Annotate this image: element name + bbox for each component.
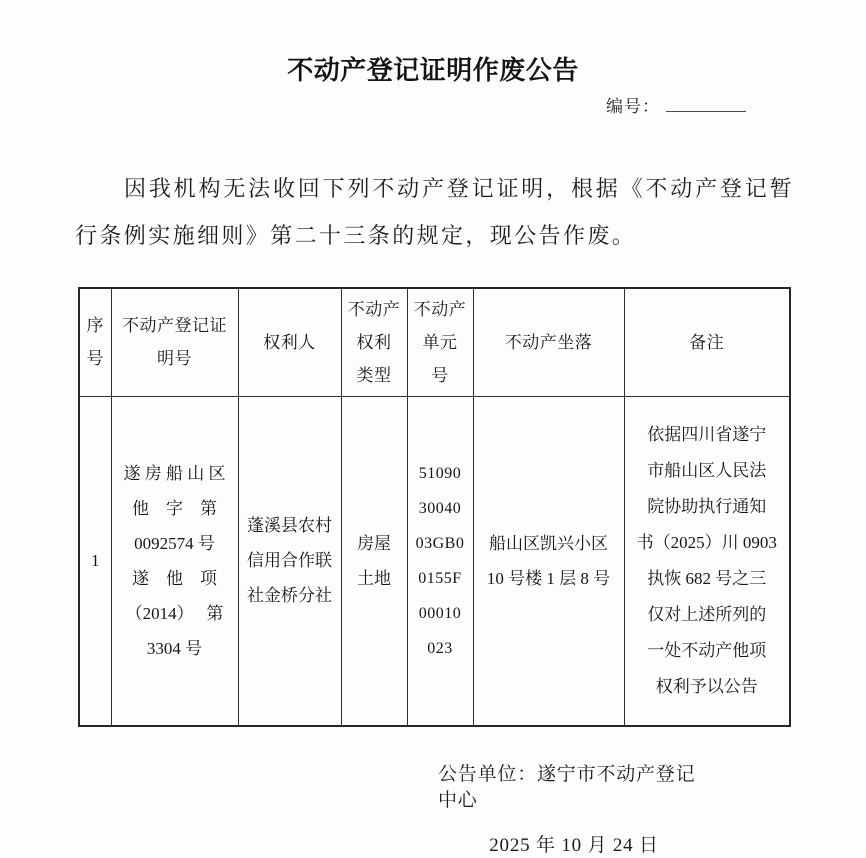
cell-seq: 1	[79, 396, 111, 726]
cell-unit-no: 51090 30040 03GB0 0155F 00010 023	[407, 396, 473, 726]
col-header-holder: 权利人	[238, 288, 341, 396]
date-line: 2025 年 10 月 24 日	[438, 833, 710, 858]
serial-number-blank	[666, 96, 746, 112]
table-header-row: 序 号 不动产登记证 明号 权利人 不动产 权利 类型 不动产 单元 号 不动产…	[79, 288, 790, 396]
cell-remark: 依据四川省遂宁 市船山区人民法 院协助执行通知 书（2025）川 0903 执恢…	[624, 396, 790, 726]
cell-cert-no: 遂 房 船 山 区 他 字 第 0092574 号 遂 他 项 （2014） 第…	[111, 396, 238, 726]
col-header-right-type: 不动产 权利 类型	[341, 288, 407, 396]
certificates-table: 序 号 不动产登记证 明号 权利人 不动产 权利 类型 不动产 单元 号 不动产…	[78, 287, 791, 727]
cell-right-type: 房屋 土地	[341, 396, 407, 726]
document-page: 不动产登记证明作废公告 编号： 因我机构无法收回下列不动产登记证明，根据《不动产…	[0, 0, 866, 858]
notice-paragraph: 因我机构无法收回下列不动产登记证明，根据《不动产登记暂行条例实施细则》第二十三条…	[75, 165, 794, 259]
table-row: 1 遂 房 船 山 区 他 字 第 0092574 号 遂 他 项 （2014）…	[79, 396, 790, 726]
serial-number-label: 编号：	[606, 97, 660, 116]
col-header-cert-no: 不动产登记证 明号	[111, 288, 238, 396]
issuer-line: 公告单位：遂宁市不动产登记中心	[438, 762, 710, 814]
col-header-location: 不动产坐落	[473, 288, 624, 396]
col-header-remark: 备注	[624, 288, 790, 396]
cell-location: 船山区凯兴小区 10 号楼 1 层 8 号	[473, 396, 624, 726]
serial-number-row: 编号：	[606, 92, 746, 117]
col-header-unit-no: 不动产 单元 号	[407, 288, 473, 396]
footer-block: 公告单位：遂宁市不动产登记中心 2025 年 10 月 24 日	[438, 762, 710, 858]
page-title: 不动产登记证明作废公告	[0, 50, 866, 87]
cell-holder: 蓬溪县农村 信用合作联 社金桥分社	[238, 396, 341, 726]
col-header-seq: 序 号	[79, 288, 111, 396]
